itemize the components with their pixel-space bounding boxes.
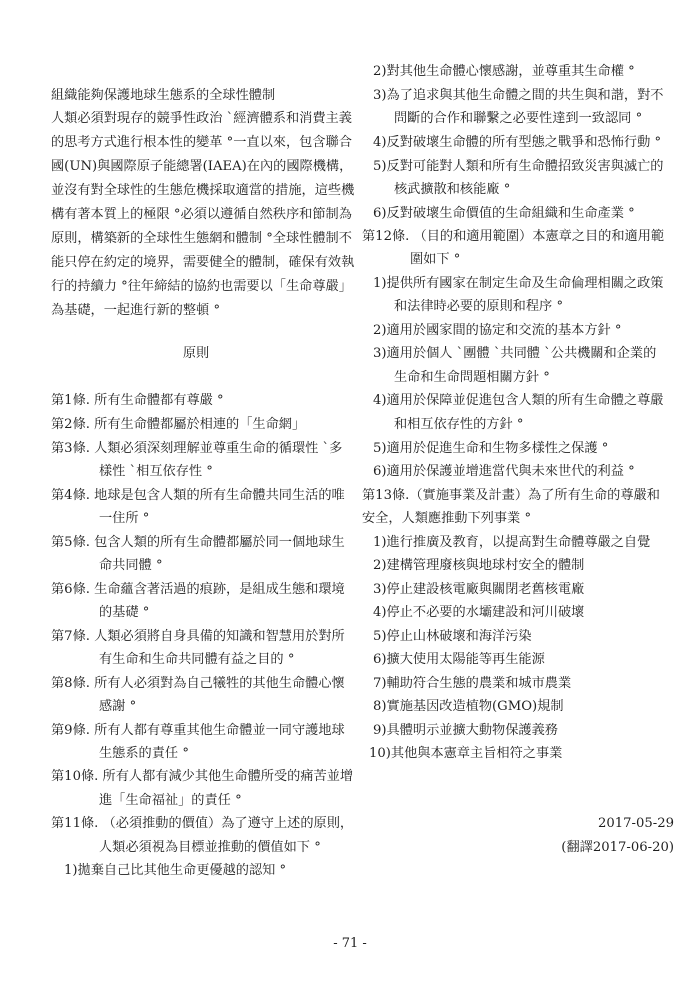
article-4: 第4條. 地球是包含人類的所有生命體共同生活的唯 xyxy=(51,487,345,505)
intro-line: 原則，構築新的全球性生態網和體制 °全球性體制不 xyxy=(51,230,352,248)
article-13-item-10: 10)其他與本憲章主旨相符之事業 xyxy=(369,745,562,763)
article-12-item-5: 5)適用於促進生命和生物多樣性之保護 ° xyxy=(373,440,608,458)
article-11-item-4: 4)反對破壞生命體的所有型態之戰爭和恐怖行動 ° xyxy=(373,134,661,152)
intro-line: 行的持續力 °往年締結的協約也需要以「生命尊嚴」 xyxy=(51,278,352,296)
article-10-cont: 進「生命福祉」的責任 ° xyxy=(99,792,242,810)
article-6-cont: 的基礎 ° xyxy=(99,604,149,622)
article-13-item-6: 6)擴大使用太陽能等再生能源 xyxy=(373,651,545,669)
article-3-cont: 樣性 `相互依存性 ° xyxy=(99,463,213,481)
article-11: 第11條. （必須推動的價值）為了遵守上述的原則， xyxy=(51,815,353,833)
article-2: 第2條. 所有生命體都屬於相連的「生命網」 xyxy=(51,416,305,434)
article-12-cont: 圍如下 ° xyxy=(410,251,460,269)
section-title: 原則 xyxy=(51,345,341,363)
article-12-item-4: 4)適用於保障並促進包含人類的所有生命體之尊嚴 xyxy=(373,392,663,410)
article-13: 第13條.（實施事業及計畫）為了所有生命的尊嚴和 xyxy=(362,487,660,505)
article-11-item-2: 2)對其他生命體心懷感謝，並尊重其生命權 ° xyxy=(373,63,635,81)
article-12-item-2: 2)適用於國家間的協定和交流的基本方針 ° xyxy=(373,322,622,340)
article-7: 第7條. 人類必須將自身具備的知識和智慧用於對所 xyxy=(51,628,345,646)
article-5: 第5條. 包含人類的所有生命體都屬於同一個地球生 xyxy=(51,534,345,552)
intro-line: 並沒有對全球性的生態危機採取適當的措施，這些機 xyxy=(51,182,354,200)
article-11-item-3: 3)為了追求與其他生命體之間的共生與和諧，對不 xyxy=(373,87,663,105)
article-3: 第3條. 人類必須深刻理解並尊重生命的循環性 `多 xyxy=(51,440,342,458)
article-8-cont: 感謝 ° xyxy=(99,698,136,716)
article-13-item-3: 3)停止建設核電廠與關閉老舊核電廠 xyxy=(373,581,584,599)
article-11-cont: 人類必須視為目標並推動的價值如下 ° xyxy=(99,839,321,857)
article-12-item-1-cont: 和法律時必要的原則和程序 ° xyxy=(394,298,563,316)
article-12-item-4-cont: 和相互依存性的方針 ° xyxy=(394,416,523,434)
article-8: 第8條. 所有人必須對為自己犧牲的其他生命體心懷 xyxy=(51,675,345,693)
article-13-item-7: 7)輔助符合生態的農業和城市農業 xyxy=(373,675,571,693)
intro-line: 構有著本質上的極限 °必須以遵循自然秩序和節制為 xyxy=(51,206,352,224)
intro-line: 的思考方式進行根本性的變革 °一直以來，包含聯合 xyxy=(51,134,352,152)
article-1: 第1條. 所有生命體都有尊嚴 ° xyxy=(51,392,224,410)
intro-line: 人類必須對現存的競爭性政治 `經濟體系和消費主義 xyxy=(51,110,352,128)
article-4-cont: 一住所 ° xyxy=(99,510,149,528)
article-12-item-6: 6)適用於保護並增進當代與未來世代的利益 ° xyxy=(373,463,635,481)
intro-line: 能只停在約定的境界，需要健全的體制，確保有效執 xyxy=(51,254,354,272)
article-12-item-1: 1)提供所有國家在制定生命及生命倫理相關之政策 xyxy=(373,275,663,293)
article-12: 第12條. （目的和適用範圍）本憲章之目的和適用範 xyxy=(362,228,664,246)
article-11-item-5-cont: 核武擴散和核能廠 ° xyxy=(394,181,510,199)
article-9-cont: 生態系的責任 ° xyxy=(99,745,189,763)
intro-line: 國(UN)與國際原子能總署(IAEA)在內的國際機構， xyxy=(51,158,352,176)
article-12-item-3-cont: 生命和生命問題相關方針 ° xyxy=(394,369,550,387)
article-12-item-3: 3)適用於個人 `團體 `共同體 `公共機關和企業的 xyxy=(373,345,656,363)
article-13-cont: 安全，人類應推動下列事業 ° xyxy=(362,510,531,528)
article-13-item-1: 1)進行推廣及教育，以提高對生命體尊嚴之自覺 xyxy=(373,534,650,552)
page-number: - 71 - xyxy=(0,935,700,953)
article-13-item-4: 4)停止不必要的水壩建設和河川破壞 xyxy=(373,604,584,622)
article-13-item-2: 2)建構管理廢核與地球村安全的體制 xyxy=(373,557,584,575)
article-10: 第10條. 所有人都有減少其他生命體所受的痛苦並增 xyxy=(51,768,353,786)
article-11-item-1: 1)拋棄自己比其他生命更優越的認知 ° xyxy=(64,862,286,880)
date: 2017-05-29 xyxy=(598,815,674,833)
article-13-item-5: 5)停止山林破壞和海洋污染 xyxy=(373,628,532,646)
article-9: 第9條. 所有人都有尊重其他生命體並一同守護地球 xyxy=(51,722,345,740)
article-11-item-3-cont: 問斷的合作和聯繫之必要性達到一致認同 ° xyxy=(394,110,642,128)
article-6: 第6條. 生命蘊含著活過的痕跡，是組成生態和環境 xyxy=(51,581,345,599)
translation-date: (翻譯2017-06-20) xyxy=(561,839,674,857)
article-13-item-9: 9)具體明示並擴大動物保護義務 xyxy=(373,722,558,740)
article-11-item-6: 6)反對破壞生命價值的生命組織和生命產業 ° xyxy=(373,205,635,223)
article-11-item-5: 5)反對可能對人類和所有生命體招致災害與滅亡的 xyxy=(373,158,663,176)
intro-line: 為基礎，一起進行新的整頓 ° xyxy=(51,302,220,320)
intro-heading: 組織能夠保護地球生態系的全球性體制 xyxy=(51,87,275,105)
article-5-cont: 命共同體 ° xyxy=(99,557,163,575)
article-7-cont: 有生命和生命共同體有益之目的 ° xyxy=(99,651,294,669)
article-13-item-8: 8)實施基因改造植物(GMO)規制 xyxy=(373,698,564,716)
